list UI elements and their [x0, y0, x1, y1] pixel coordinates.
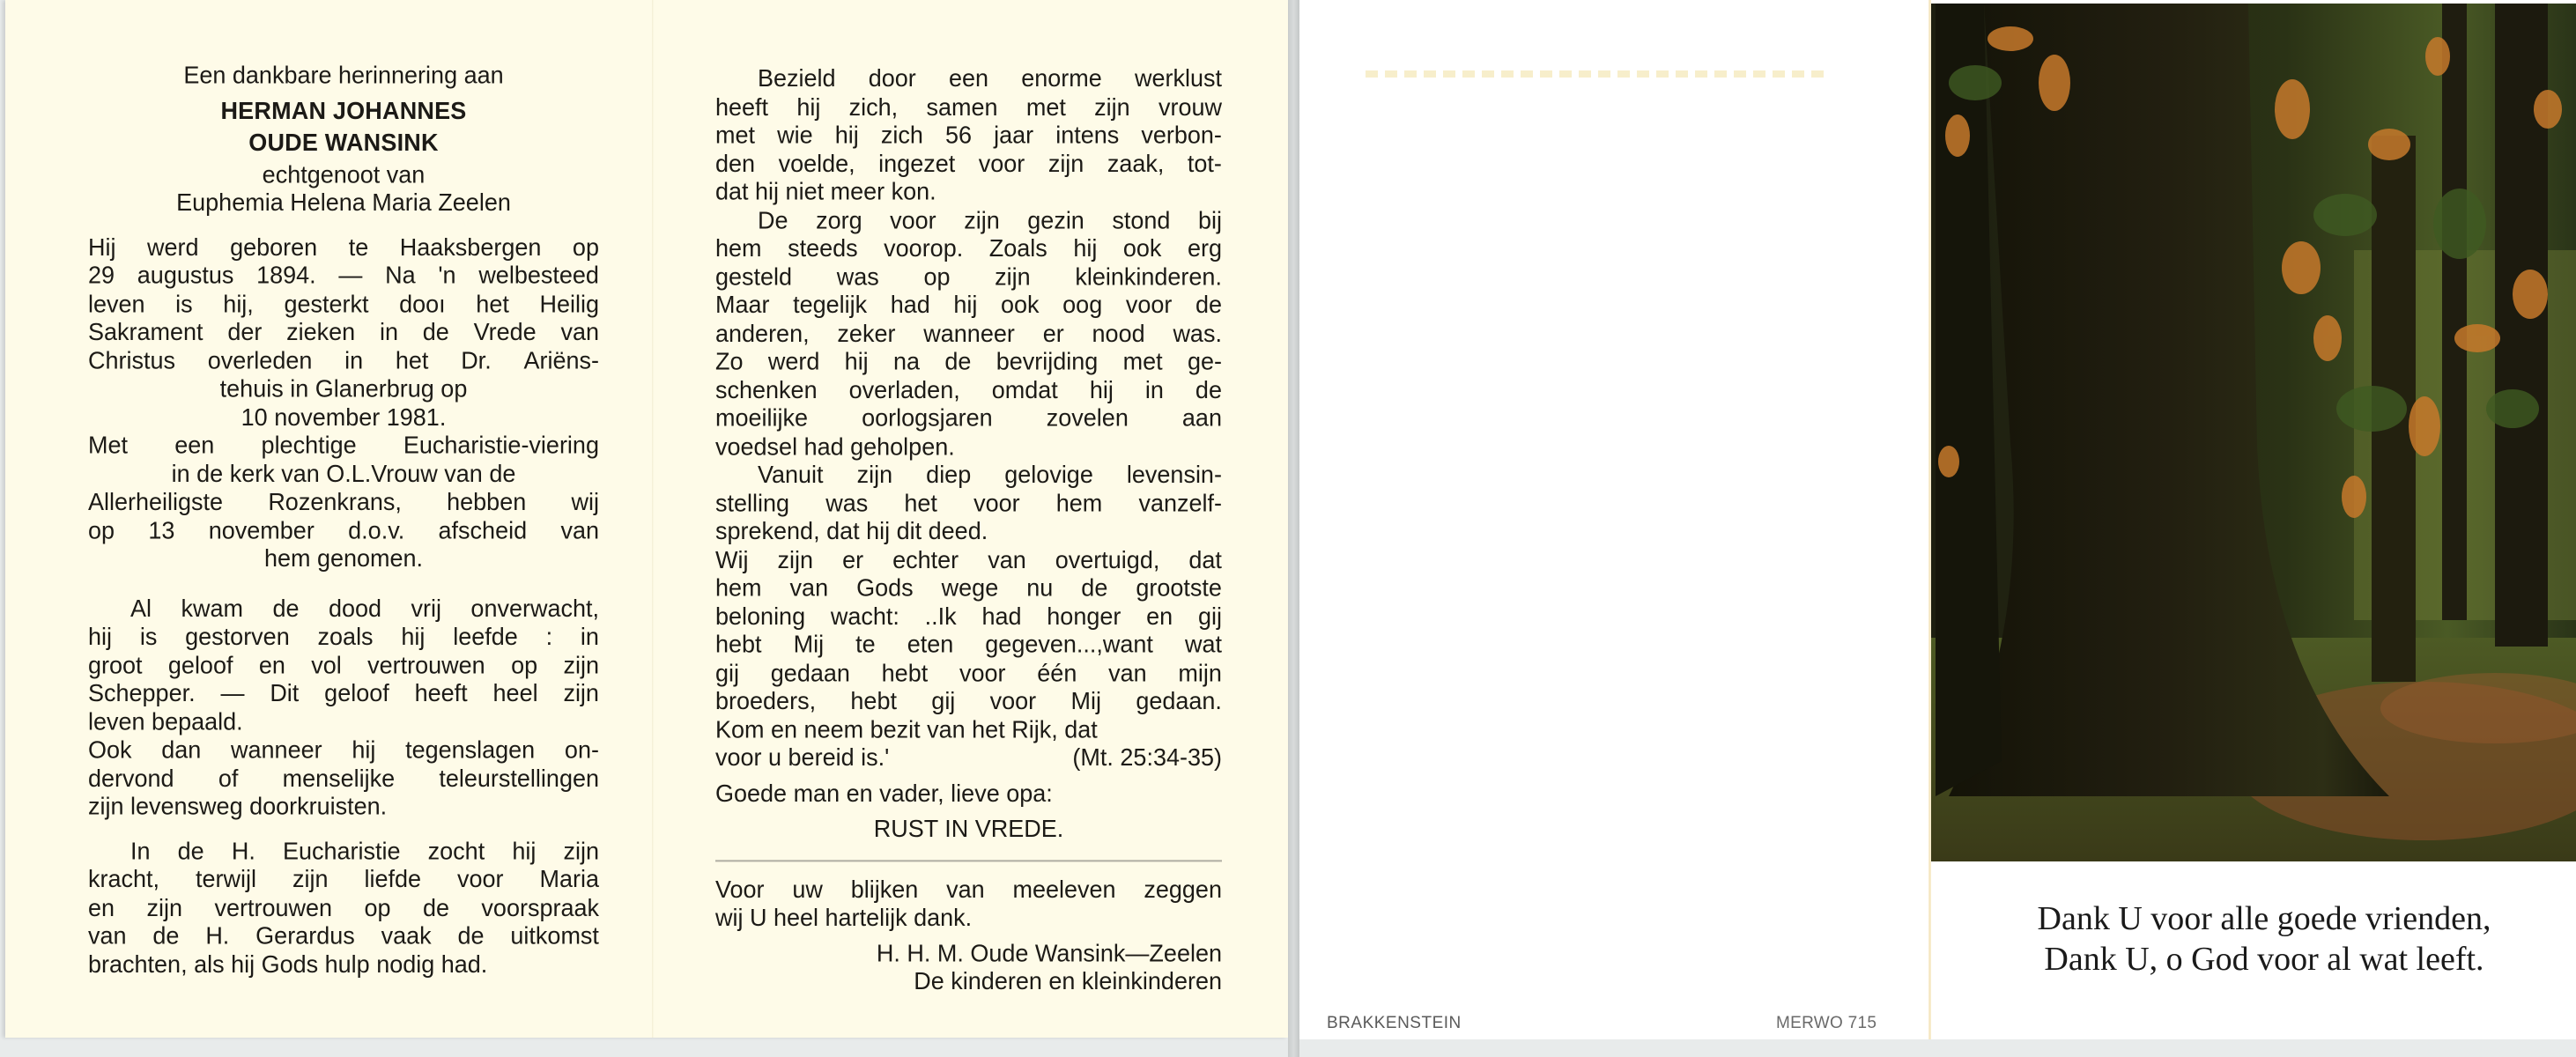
- verse-line-1: Dank U voor alle goede vrienden,: [1956, 898, 2572, 939]
- text-line: brachten, als hij Gods hulp nodig had.: [88, 950, 599, 979]
- text-line: Schepper.—Ditgeloofheeftheelzijn: [88, 680, 599, 708]
- paragraph-work: Bezielddooreenenormewerklustheefthijzich…: [715, 65, 1222, 207]
- deceased-name-line1: HERMAN JOHANNES: [88, 97, 599, 125]
- text-line: tehuis in Glanerbrug op: [88, 375, 599, 403]
- bible-citation: (Mt. 25:34-35): [1072, 744, 1222, 772]
- signature-children: De kinderen en kleinkinderen: [715, 968, 1222, 996]
- text-line: schenkenoverladen,omdathijinde: [715, 376, 1222, 404]
- paragraph-belief: Vanuitzijndiepgelovigelevensin-stellingw…: [715, 461, 1222, 743]
- text-line: Maartegelijkhadhijookoogvoorde: [715, 292, 1222, 320]
- text-line: moeilijkeoorlogsjarenzovelenaan: [715, 404, 1222, 432]
- column-left: Een dankbare herinnering aan HERMAN JOHA…: [88, 62, 599, 979]
- text-line: op13novemberd.o.v.afscheidvan: [88, 516, 599, 544]
- text-line: SakramentderziekenindeVredevan: [88, 319, 599, 347]
- text-line: Ookdanwanneerhijtegenslagenon-: [88, 736, 599, 765]
- text-line: 10 november 1981.: [88, 403, 599, 432]
- text-line: kracht,terwijlzijnliefdevoorMaria: [88, 866, 599, 894]
- text-line: anderen,zekerwanneerernoodwas.: [715, 320, 1222, 348]
- text-line: dervondofmenselijketeleurstellingen: [88, 765, 599, 793]
- column-right: Bezielddooreenenormewerklustheefthijzich…: [715, 65, 1222, 996]
- text-line: Vanuitzijndiepgelovigelevensin-: [715, 461, 1222, 489]
- text-line: gijgedaanhebtvooréénvanmijn: [715, 659, 1222, 687]
- text-line: metwiehijzich56jaarintensverbon-: [715, 122, 1222, 150]
- publisher-label: BRAKKENSTEIN: [1327, 1014, 1462, 1033]
- text-line: wij U heel hartelijk dank.: [715, 904, 1222, 932]
- text-line: Alkwamdedoodvrijonverwacht,: [88, 595, 599, 623]
- text-line: hemsteedsvoorop.Zoalshijookerg: [715, 234, 1222, 262]
- intro-text: Een dankbare herinnering aan: [88, 62, 599, 90]
- rip-text: RUST IN VREDE.: [715, 815, 1222, 843]
- deceased-name-line2: OUDE WANSINK: [88, 129, 599, 157]
- text-line: stellingwashetvoorhemvanzelf-: [715, 490, 1222, 518]
- text-line: sprekend, dat hij dit deed.: [715, 518, 1222, 546]
- text-line: beloningwacht:..Ikhadhongerengij: [715, 602, 1222, 631]
- text-line: Wijzijnerechtervanovertuigd,dat: [715, 546, 1222, 574]
- paragraph-thanks: Vooruwblijkenvanmeelevenzeggenwij U heel…: [715, 876, 1222, 932]
- text-line: Kom en neem bezit van het Rijk, dat: [715, 716, 1222, 744]
- text-line: enzijnvertrouwenopdevoorspraak: [88, 894, 599, 922]
- text-line: hijisgestorvenzoalshijleefde:in: [88, 623, 599, 651]
- text-line: broeders,hebtgijvoorMijgedaan.: [715, 687, 1222, 715]
- quote-end: voor u bereid is.': [715, 744, 889, 772]
- signature-family: H. H. M. Oude Wansink—Zeelen: [715, 940, 1222, 968]
- text-line: MeteenplechtigeEucharistie-viering: [88, 432, 599, 460]
- text-line: IndeH.Eucharistiezochthijzijn: [88, 838, 599, 866]
- text-line: hem genomen.: [88, 545, 599, 573]
- forest-photo: [1931, 4, 2576, 861]
- divider: [715, 860, 1222, 861]
- paragraph-family: Dezorgvoorzijngezinstondbijhemsteedsvoor…: [715, 206, 1222, 461]
- text-line: ChristusoverledeninhetDr.Ariëns-: [88, 347, 599, 375]
- farewell-text: Goede man en vader, lieve opa:: [715, 780, 1222, 808]
- text-line: hemvanGodswegenudegrootste: [715, 574, 1222, 602]
- text-line: Bezielddooreenenormewerklust: [715, 65, 1222, 93]
- text-line: grootgeloofenvolvertrouwenopzijn: [88, 651, 599, 679]
- text-line: Zowerdhijnadebevrijdingmetge-: [715, 348, 1222, 376]
- show-through-marks: [1366, 70, 1824, 78]
- text-line: vandeH.Gerardusvaakdeuitkomst: [88, 922, 599, 950]
- tree-image-icon: [1931, 4, 2576, 861]
- text-line: gesteldwasopzijnkleinkinderen.: [715, 263, 1222, 292]
- quote-end-line: voor u bereid is.' (Mt. 25:34-35): [715, 744, 1222, 772]
- fold-line: [652, 0, 654, 1038]
- text-line: in de kerk van O.L.Vrouw van de: [88, 460, 599, 488]
- spouse-name: Euphemia Helena Maria Zeelen: [88, 189, 599, 218]
- text-line: 29augustus1894.—Na'nwelbesteed: [88, 262, 599, 290]
- text-line: hebtMijteetengegeven...,wantwat: [715, 631, 1222, 659]
- text-line: voedsel had geholpen.: [715, 432, 1222, 461]
- card-gap: [1288, 0, 1299, 1057]
- text-line: leven bepaald.: [88, 708, 599, 736]
- paragraph-eucharist: IndeH.Eucharistiezochthijzijnkracht,terw…: [88, 838, 599, 979]
- text-line: AllerheiligsteRozenkrans,hebbenwij: [88, 488, 599, 516]
- text-line: dat hij niet meer kon.: [715, 178, 1222, 206]
- text-line: zijn levensweg doorkruisten.: [88, 793, 599, 821]
- verse-line-2: Dank U, o God voor al wat leeft.: [1956, 939, 2572, 979]
- text-line: Vooruwblijkenvanmeelevenzeggen: [715, 876, 1222, 904]
- spouse-label: echtgenoot van: [88, 161, 599, 189]
- text-line: heefthijzich,samenmetzijnvrouw: [715, 93, 1222, 122]
- paragraph-biography: HijwerdgeborenteHaaksbergenop29augustus1…: [88, 233, 599, 573]
- text-line: levenishij,gesterktdooıhetHeilig: [88, 290, 599, 318]
- product-code: MERWO 715: [1776, 1014, 1876, 1033]
- paragraph-faith: Alkwamdedoodvrijonverwacht,hijisgestorve…: [88, 595, 599, 821]
- text-line: Dezorgvoorzijngezinstondbij: [715, 206, 1222, 234]
- text-line: HijwerdgeborenteHaaksbergenop: [88, 233, 599, 262]
- text-line: denvoelde,ingezetvoorzijnzaak,tot-: [715, 150, 1222, 178]
- closing-verse: Dank U voor alle goede vrienden, Dank U,…: [1956, 898, 2572, 979]
